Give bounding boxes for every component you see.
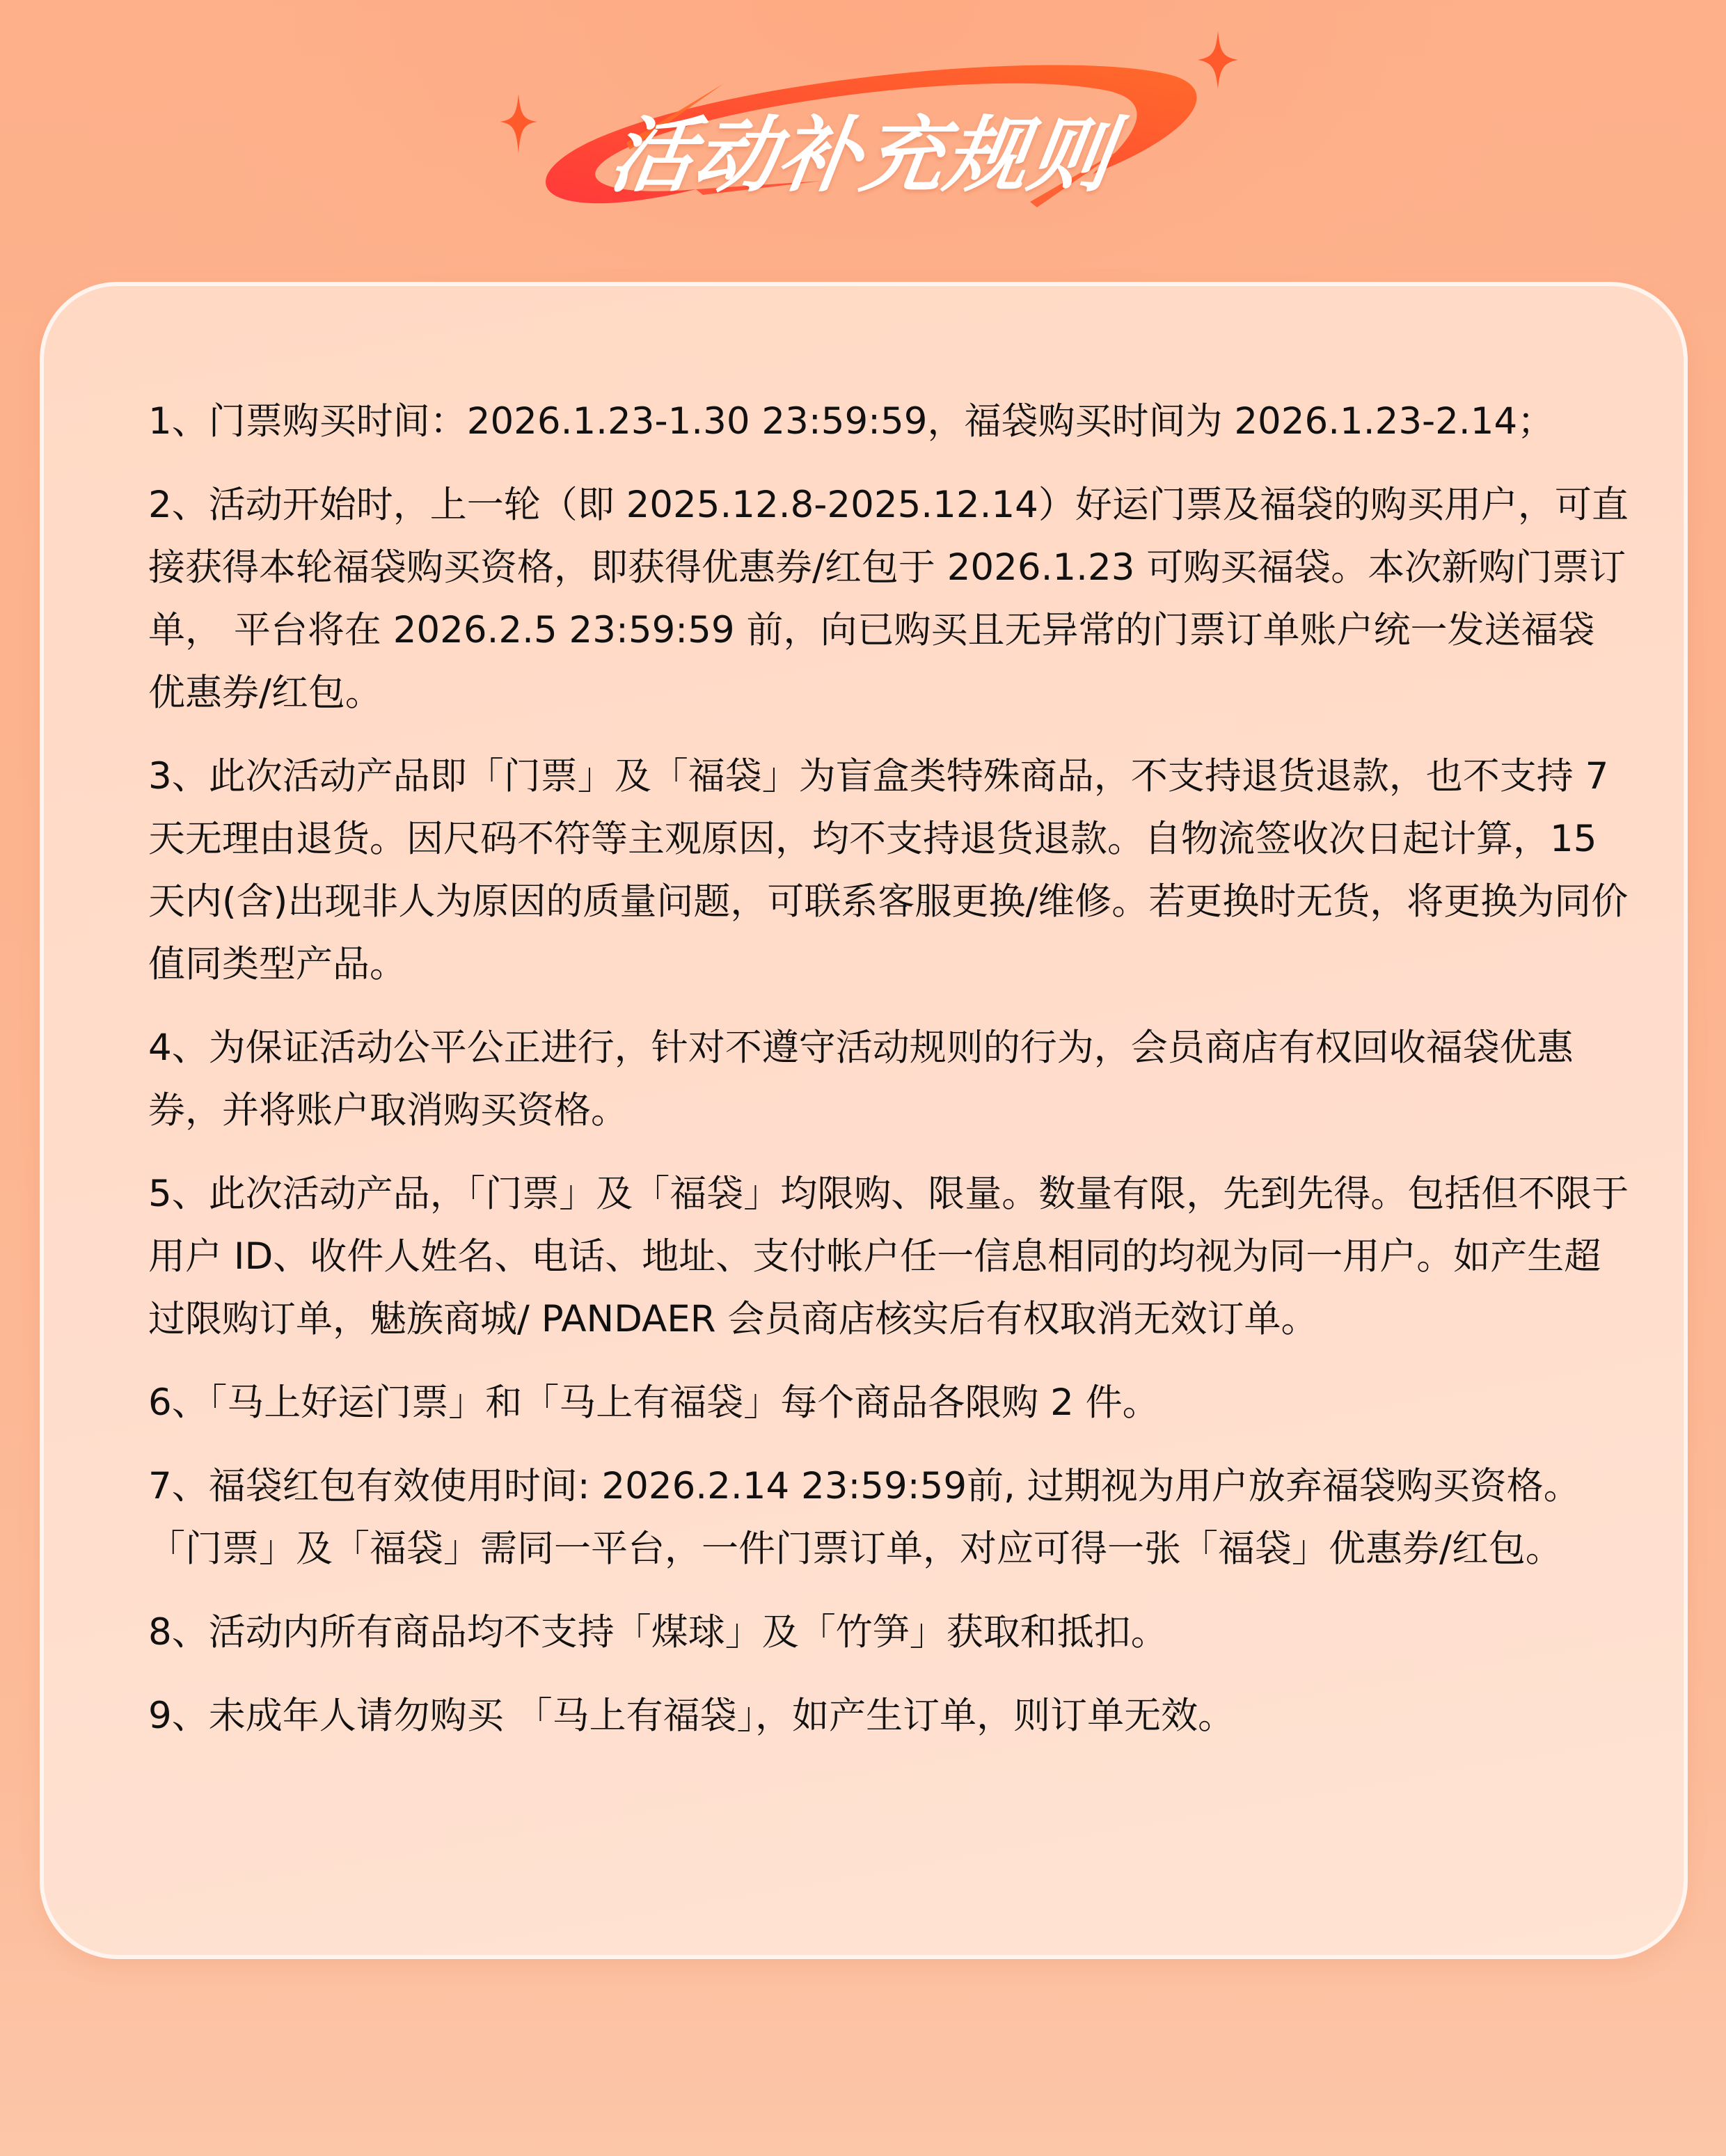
rule-item-3: 3、此次活动产品即「门票」及「福袋」为盲盒类特殊商品，不支持退货退款，也不支持 …	[148, 745, 1631, 996]
rule-item-8: 8、活动内所有商品均不支持「煤球」及「竹笋」获取和抵扣。	[148, 1601, 1631, 1664]
sparkle-star-right-icon	[1198, 31, 1238, 89]
header-banner: 活动补充规则	[0, 0, 1726, 264]
rule-item-4: 4、为保证活动公平公正进行，针对不遵守活动规则的行为，会员商店有权回收福袋优惠券…	[148, 1017, 1631, 1142]
rule-item-7: 7、福袋红包有效使用时间: 2026.2.14 23:59:59前, 过期视为用…	[148, 1455, 1631, 1580]
rule-item-5: 5、此次活动产品，「门票」及「福袋」均限购、限量。数量有限，先到先得。包括但不限…	[148, 1163, 1631, 1351]
rules-list: 1、门票购买时间：2026.1.23-1.30 23:59:59，福袋购买时间为…	[148, 390, 1631, 1768]
page-title: 活动补充规则	[590, 89, 1136, 207]
rule-item-9: 9、未成年人请勿购买 「马上有福袋」，如产生订单，则订单无效。	[148, 1685, 1631, 1747]
sparkle-star-left-icon	[500, 94, 537, 153]
rules-card: 1、门票购买时间：2026.1.23-1.30 23:59:59，福袋购买时间为…	[40, 282, 1688, 1959]
rule-item-1: 1、门票购买时间：2026.1.23-1.30 23:59:59，福袋购买时间为…	[148, 390, 1631, 453]
rule-item-2: 2、活动开始时，上一轮（即 2025.12.8-2025.12.14）好运门票及…	[148, 474, 1631, 724]
rule-item-6: 6、「马上好运门票」和「马上有福袋」每个商品各限购 2 件。	[148, 1372, 1631, 1434]
